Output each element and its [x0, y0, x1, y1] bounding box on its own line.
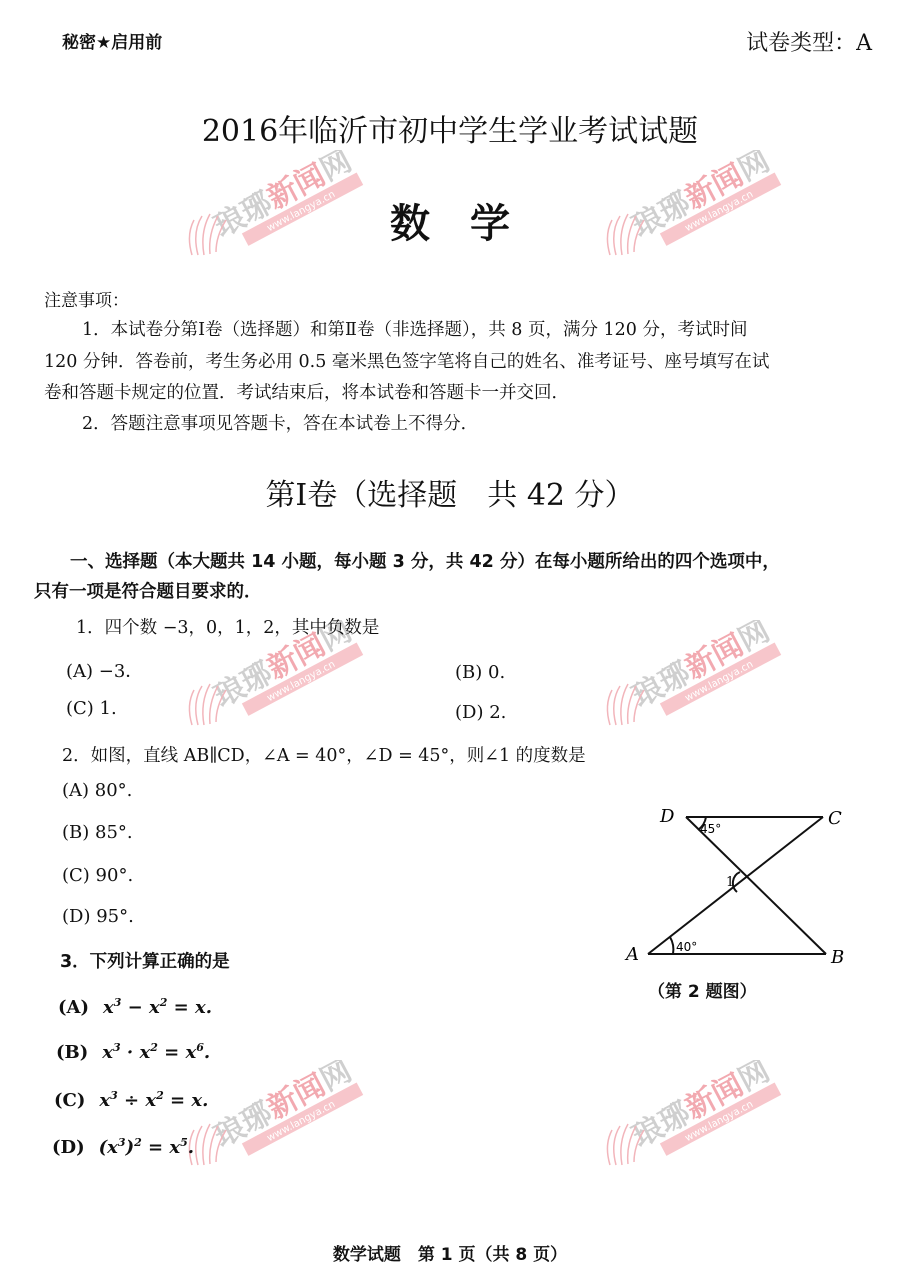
label-a: A	[624, 944, 639, 965]
svg-text:www.langya.cn: www.langya.cn	[683, 1099, 755, 1144]
line-ac	[648, 817, 823, 954]
question-2-option-c: (C) 90°.	[62, 865, 133, 886]
question-2-option-b: (B) 85°.	[62, 822, 133, 843]
section-title: 第Ⅰ卷（选择题 共 42 分）	[0, 470, 900, 514]
svg-text:网: 网	[315, 1060, 358, 1098]
question-2-option-a: (A) 80°.	[62, 780, 132, 801]
question-3-option-c: (C)x3 ÷ x2 = x.	[54, 1090, 208, 1111]
label-b: B	[830, 947, 844, 968]
angle-d-label: 45°	[700, 822, 721, 836]
svg-text:新闻: 新闻	[680, 1067, 749, 1126]
svg-text:www.langya.cn: www.langya.cn	[265, 1099, 337, 1144]
subject-heading: 数学	[0, 192, 900, 249]
paper-type-label: 试卷类型：A	[746, 26, 872, 57]
question-1-option-b: (B) 0.	[455, 662, 505, 683]
svg-text:琅琊: 琅琊	[627, 656, 696, 715]
question-1-option-c: (C) 1.	[66, 698, 117, 719]
svg-text:网: 网	[733, 150, 776, 188]
question-3-stem: 3．下列计算正确的是	[60, 948, 230, 973]
svg-text:新闻: 新闻	[262, 1067, 331, 1126]
label-d: D	[659, 806, 675, 827]
page-footer: 数学试题 第 1 页（共 8 页）	[0, 1240, 900, 1265]
note-item-2: 2．答题注意事项见答题卡，答在本试卷上不得分．	[82, 410, 478, 435]
svg-text:琅琊: 琅琊	[627, 1096, 696, 1155]
notes-heading: 注意事项：	[44, 286, 129, 311]
question-3-option-b: (B)x3 · x2 = x6.	[56, 1042, 210, 1063]
note-item-1-line-2: 120 分钟．答卷前，考生务必用 0.5 毫米黑色签字笔将自己的姓名、准考证号、…	[44, 348, 769, 373]
question-1-option-a: (A) −3．	[66, 657, 143, 683]
svg-text:新闻: 新闻	[680, 627, 749, 686]
confidential-label: 秘密★启用前	[62, 28, 162, 53]
section-intro-line-2: 只有一项是符合题目要求的．	[34, 578, 262, 603]
question-3-option-d: (D)(x3)2 = x5.	[52, 1137, 194, 1158]
watermark-logo: 琅琊 新闻 网 www.langya.cn	[590, 620, 790, 730]
watermark-logo: 琅琊 新闻 网 www.langya.cn	[590, 1060, 790, 1170]
question-2-stem: 2．如图，直线 AB∥CD，∠A = 40°，∠D = 45°，则∠1 的度数是	[62, 742, 586, 767]
svg-text:网: 网	[733, 1060, 776, 1098]
svg-text:网: 网	[315, 150, 358, 188]
question-1-option-d: (D) 2.	[455, 702, 506, 723]
svg-text:www.langya.cn: www.langya.cn	[265, 659, 337, 704]
svg-text:琅琊: 琅琊	[209, 1096, 278, 1155]
section-intro-line-1: 一、选择题（本大题共 14 小题，每小题 3 分，共 42 分）在每小题所给出的…	[70, 548, 780, 573]
question-3-option-a: (A)x3 − x2 = x.	[58, 997, 212, 1018]
question-2-option-d: (D) 95°.	[62, 906, 134, 927]
watermark-logo: 琅琊 新闻 网 www.langya.cn	[172, 1060, 372, 1170]
svg-text:网: 网	[733, 620, 776, 658]
label-c: C	[828, 808, 842, 829]
question-1-stem: 1．四个数 −3，0，1，2，其中负数是	[76, 614, 379, 639]
svg-text:www.langya.cn: www.langya.cn	[683, 659, 755, 704]
note-item-1-line-3: 卷和答题卡规定的位置．考试结束后，将本试卷和答题卡一并交回．	[44, 379, 569, 404]
figure-caption: （第 2 题图）	[648, 977, 757, 1002]
svg-text:琅琊: 琅琊	[209, 656, 278, 715]
line-db	[686, 817, 826, 954]
angle-1-label: 1	[726, 875, 734, 890]
exam-title: 2016年临沂市初中学生学业考试试题	[0, 106, 900, 150]
angle-a-label: 40°	[676, 940, 697, 954]
note-item-1-line-1: 1．本试卷分第Ⅰ卷（选择题）和第Ⅱ卷（非选择题），共 8 页，满分 120 分，…	[82, 316, 747, 341]
